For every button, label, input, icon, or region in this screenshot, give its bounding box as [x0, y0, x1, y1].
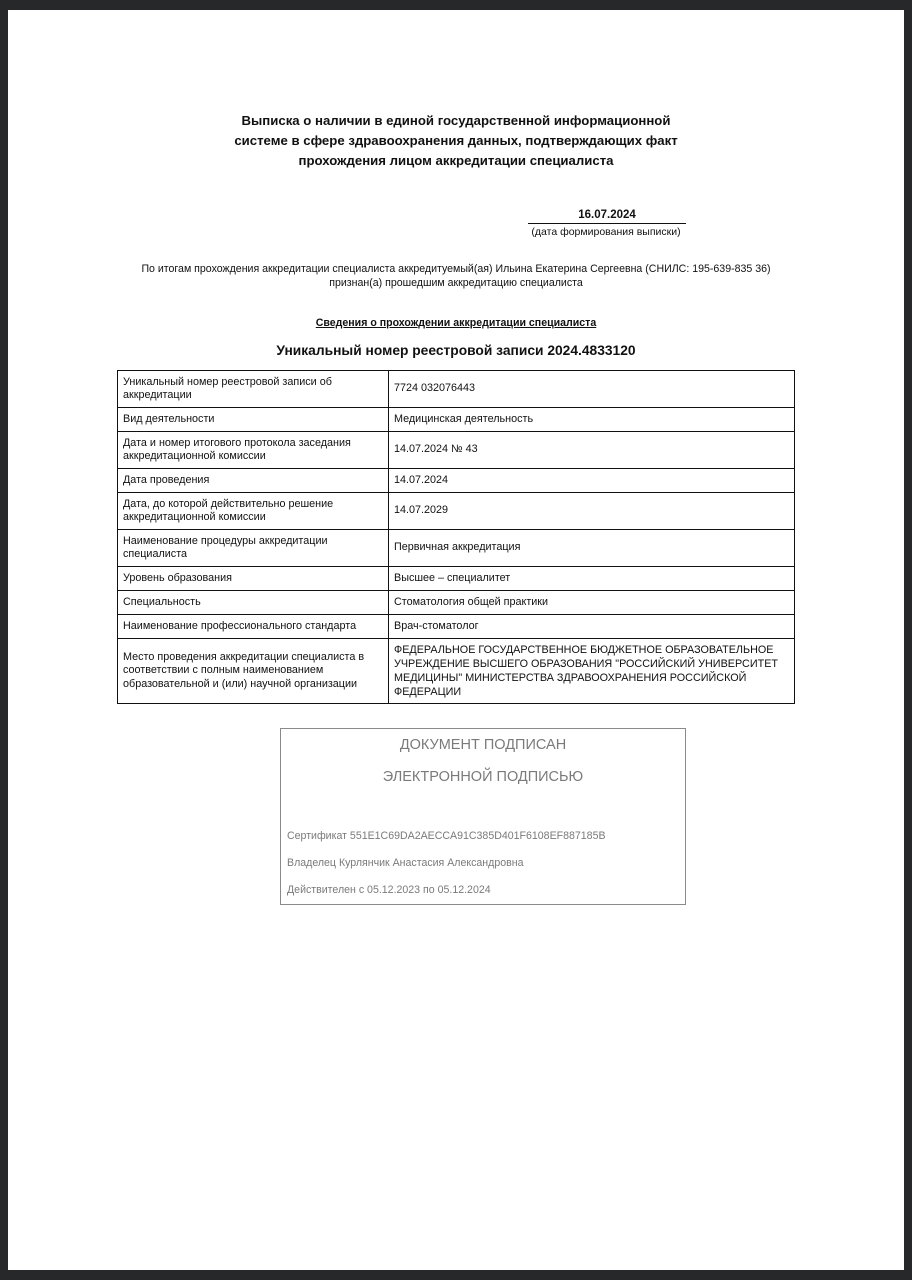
row-value: Высшее – специалитет [389, 567, 795, 591]
row-label: Дата, до которой действительно решение а… [118, 493, 389, 530]
table-row: Дата, до которой действительно решение а… [118, 493, 795, 530]
row-value: Первичная аккредитация [389, 530, 795, 567]
document-title: Выписка о наличии в единой государственн… [0, 111, 912, 171]
row-label: Дата проведения [118, 469, 389, 493]
table-row: Дата и номер итогового протокола заседан… [118, 432, 795, 469]
title-line: Выписка о наличии в единой государственн… [0, 111, 912, 131]
formation-date: 16.07.2024 [528, 209, 686, 224]
table-row: Уникальный номер реестровой записи об ак… [118, 371, 795, 408]
title-line: системе в сфере здравоохранения данных, … [0, 131, 912, 151]
row-label: Наименование процедуры аккредитации спец… [118, 530, 389, 567]
row-value: 14.07.2024 № 43 [389, 432, 795, 469]
row-value: 14.07.2029 [389, 493, 795, 530]
row-value: Стоматология общей практики [389, 591, 795, 615]
intro-line: признан(а) прошедшим аккредитацию специа… [0, 276, 912, 290]
registry-number-heading: Уникальный номер реестровой записи 2024.… [0, 343, 912, 358]
formation-date-block: 16.07.2024 (дата формирования выписки) [520, 209, 692, 239]
table-row: Наименование профессионального стандарта… [118, 615, 795, 639]
row-value: 14.07.2024 [389, 469, 795, 493]
row-label: Дата и номер итогового протокола заседан… [118, 432, 389, 469]
intro-paragraph: По итогам прохождения аккредитации специ… [0, 262, 912, 290]
table-row: Вид деятельности Медицинская деятельност… [118, 408, 795, 432]
electronic-signature-stamp: ДОКУМЕНТ ПОДПИСАН ЭЛЕКТРОННОЙ ПОДПИСЬЮ С… [280, 728, 686, 905]
row-value: 7724 032076443 [389, 371, 795, 408]
table-row: Дата проведения 14.07.2024 [118, 469, 795, 493]
row-label: Уровень образования [118, 567, 389, 591]
row-label: Место проведения аккредитации специалист… [118, 639, 389, 704]
stamp-owner: Владелец Курлянчик Анастасия Александров… [287, 857, 524, 869]
stamp-certificate: Сертификат 551E1C69DA2AECCA91C385D401F61… [287, 830, 606, 842]
stamp-heading-line2: ЭЛЕКТРОННОЙ ПОДПИСЬЮ [281, 769, 685, 785]
row-label: Вид деятельности [118, 408, 389, 432]
table-row: Наименование процедуры аккредитации спец… [118, 530, 795, 567]
title-line: прохождения лицом аккредитации специалис… [0, 151, 912, 171]
formation-date-caption: (дата формирования выписки) [520, 225, 692, 239]
table-row: Уровень образования Высшее – специалитет [118, 567, 795, 591]
row-value: Врач-стоматолог [389, 615, 795, 639]
row-label: Уникальный номер реестровой записи об ак… [118, 371, 389, 408]
section-heading: Сведения о прохождении аккредитации спец… [0, 317, 912, 329]
row-label: Специальность [118, 591, 389, 615]
stamp-heading-line1: ДОКУМЕНТ ПОДПИСАН [281, 737, 685, 753]
row-label: Наименование профессионального стандарта [118, 615, 389, 639]
table-row: Специальность Стоматология общей практик… [118, 591, 795, 615]
row-value: ФЕДЕРАЛЬНОЕ ГОСУДАРСТВЕННОЕ БЮДЖЕТНОЕ ОБ… [389, 639, 795, 704]
stamp-validity: Действителен с 05.12.2023 по 05.12.2024 [287, 884, 491, 896]
intro-line: По итогам прохождения аккредитации специ… [0, 262, 912, 276]
table-row: Место проведения аккредитации специалист… [118, 639, 795, 704]
row-value: Медицинская деятельность [389, 408, 795, 432]
accreditation-table: Уникальный номер реестровой записи об ак… [117, 370, 795, 704]
